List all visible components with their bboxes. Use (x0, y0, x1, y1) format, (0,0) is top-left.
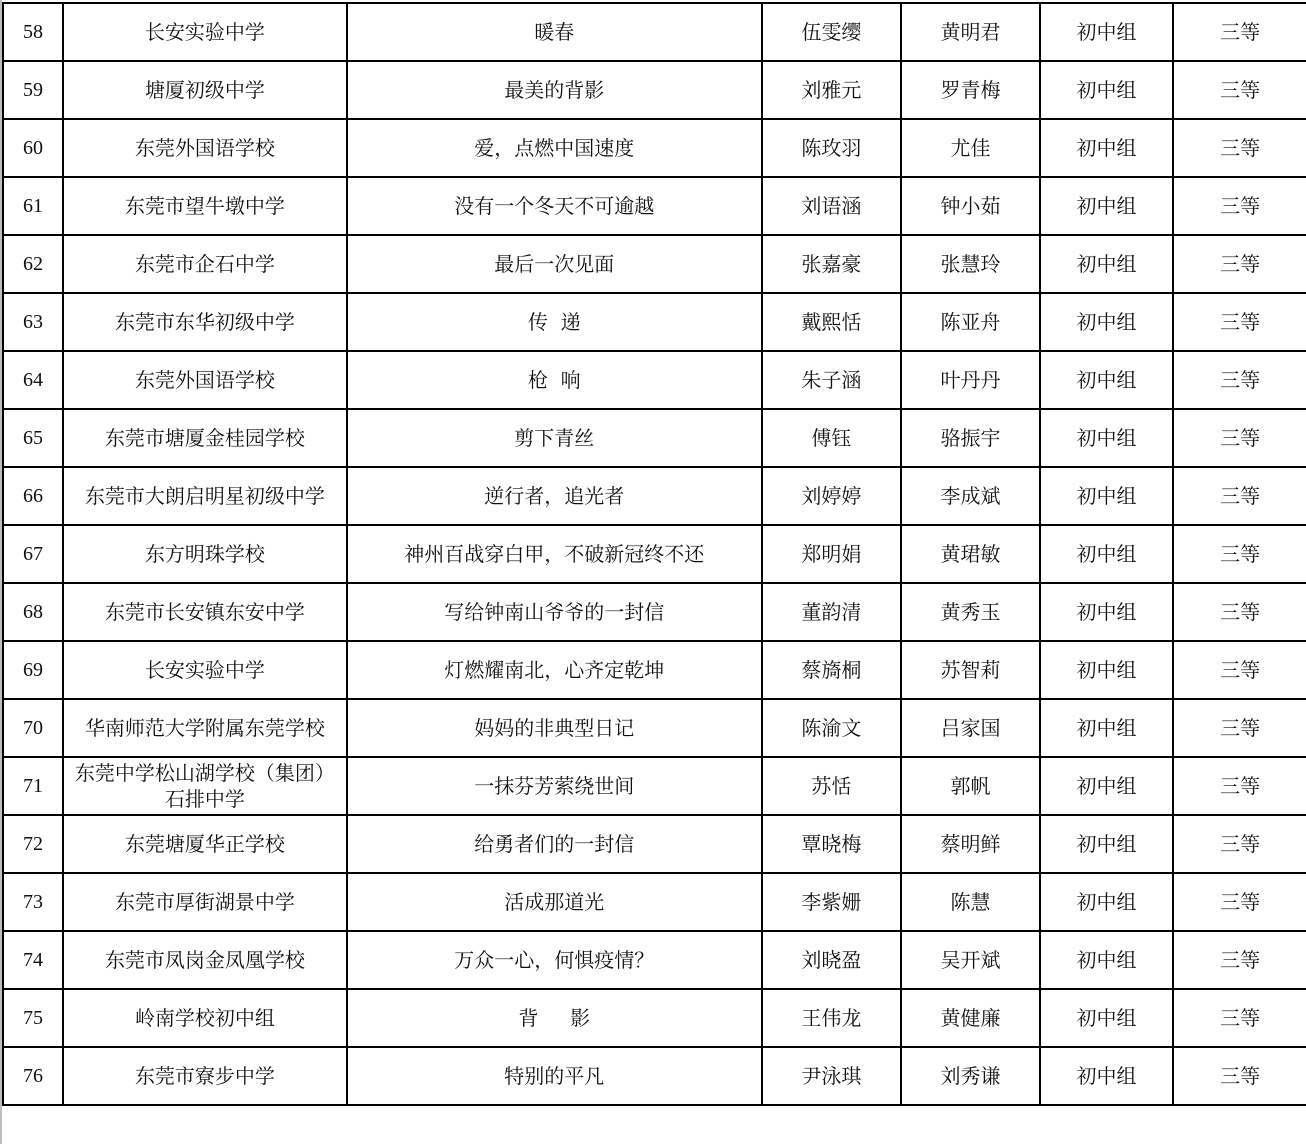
row-number: 76 (3, 1047, 63, 1105)
award-level: 三等 (1173, 989, 1306, 1047)
work-title: 传 递 (347, 293, 762, 351)
work-title: 写给钟南山爷爷的一封信 (347, 583, 762, 641)
school-name: 东莞外国语学校 (63, 119, 347, 177)
student-name: 王伟龙 (762, 989, 902, 1047)
work-title: 灯燃耀南北，心齐定乾坤 (347, 641, 762, 699)
school-name: 塘厦初级中学 (63, 61, 347, 119)
table-row: 70 华南师范大学附属东莞学校 妈妈的非典型日记 陈渝文 吕家国 初中组 三等 (3, 699, 1306, 757)
student-name: 刘婷婷 (762, 467, 902, 525)
table-row: 61 东莞市望牛墩中学 没有一个冬天不可逾越 刘语涵 钟小茹 初中组 三等 (3, 177, 1306, 235)
table-body: 58 长安实验中学 暖春 伍雯缨 黄明君 初中组 三等 59 塘厦初级中学 最美… (3, 3, 1306, 1105)
work-title: 一抹芬芳萦绕世间 (347, 757, 762, 815)
work-title: 神州百战穿白甲，不破新冠终不还 (347, 525, 762, 583)
row-number: 60 (3, 119, 63, 177)
row-number: 62 (3, 235, 63, 293)
work-title: 最美的背影 (347, 61, 762, 119)
school-name: 东方明珠学校 (63, 525, 347, 583)
school-name: 东莞市大朗启明星初级中学 (63, 467, 347, 525)
group-name: 初中组 (1040, 641, 1174, 699)
student-name: 陈渝文 (762, 699, 902, 757)
work-title: 万众一心，何惧疫情？ (347, 931, 762, 989)
group-name: 初中组 (1040, 235, 1174, 293)
row-number: 64 (3, 351, 63, 409)
student-name: 郑明娟 (762, 525, 902, 583)
student-name: 李紫姗 (762, 873, 902, 931)
school-name: 东莞市长安镇东安中学 (63, 583, 347, 641)
award-list-table: 58 长安实验中学 暖春 伍雯缨 黄明君 初中组 三等 59 塘厦初级中学 最美… (2, 2, 1306, 1106)
teacher-name: 张慧玲 (901, 235, 1040, 293)
award-level: 三等 (1173, 641, 1306, 699)
student-name: 刘语涵 (762, 177, 902, 235)
award-level: 三等 (1173, 293, 1306, 351)
teacher-name: 尤佳 (901, 119, 1040, 177)
award-level: 三等 (1173, 467, 1306, 525)
award-level: 三等 (1173, 177, 1306, 235)
school-name: 东莞外国语学校 (63, 351, 347, 409)
group-name: 初中组 (1040, 177, 1174, 235)
teacher-name: 钟小茹 (901, 177, 1040, 235)
group-name: 初中组 (1040, 873, 1174, 931)
row-number: 71 (3, 757, 63, 815)
work-title: 妈妈的非典型日记 (347, 699, 762, 757)
school-name: 东莞市望牛墩中学 (63, 177, 347, 235)
student-name: 张嘉豪 (762, 235, 902, 293)
work-title: 剪下青丝 (347, 409, 762, 467)
group-name: 初中组 (1040, 61, 1174, 119)
row-number: 63 (3, 293, 63, 351)
table-row: 73 东莞市厚街湖景中学 活成那道光 李紫姗 陈慧 初中组 三等 (3, 873, 1306, 931)
teacher-name: 黄珺敏 (901, 525, 1040, 583)
school-name: 东莞市厚街湖景中学 (63, 873, 347, 931)
award-level: 三等 (1173, 873, 1306, 931)
work-title: 暖春 (347, 3, 762, 61)
teacher-name: 吴开斌 (901, 931, 1040, 989)
table-row: 75 岭南学校初中组 背 影 王伟龙 黄健廉 初中组 三等 (3, 989, 1306, 1047)
row-number: 72 (3, 815, 63, 873)
student-name: 覃晓梅 (762, 815, 902, 873)
work-title: 活成那道光 (347, 873, 762, 931)
teacher-name: 苏智莉 (901, 641, 1040, 699)
table-row: 58 长安实验中学 暖春 伍雯缨 黄明君 初中组 三等 (3, 3, 1306, 61)
award-level: 三等 (1173, 409, 1306, 467)
student-name: 刘雅元 (762, 61, 902, 119)
school-name: 东莞市凤岗金凤凰学校 (63, 931, 347, 989)
row-number: 74 (3, 931, 63, 989)
work-title: 爱，点燃中国速度 (347, 119, 762, 177)
row-number: 68 (3, 583, 63, 641)
teacher-name: 黄秀玉 (901, 583, 1040, 641)
student-name: 蔡旖桐 (762, 641, 902, 699)
table-row: 76 东莞市寮步中学 特别的平凡 尹泳琪 刘秀谦 初中组 三等 (3, 1047, 1306, 1105)
work-title: 逆行者，追光者 (347, 467, 762, 525)
award-level: 三等 (1173, 119, 1306, 177)
table-row: 71 东莞中学松山湖学校（集团）石排中学 一抹芬芳萦绕世间 苏恬 郭帆 初中组 … (3, 757, 1306, 815)
student-name: 陈玫羽 (762, 119, 902, 177)
table-row: 67 东方明珠学校 神州百战穿白甲，不破新冠终不还 郑明娟 黄珺敏 初中组 三等 (3, 525, 1306, 583)
work-title: 特别的平凡 (347, 1047, 762, 1105)
teacher-name: 郭帆 (901, 757, 1040, 815)
group-name: 初中组 (1040, 3, 1174, 61)
group-name: 初中组 (1040, 989, 1174, 1047)
teacher-name: 叶丹丹 (901, 351, 1040, 409)
student-name: 尹泳琪 (762, 1047, 902, 1105)
group-name: 初中组 (1040, 351, 1174, 409)
work-title: 给勇者们的一封信 (347, 815, 762, 873)
row-number: 59 (3, 61, 63, 119)
group-name: 初中组 (1040, 409, 1174, 467)
group-name: 初中组 (1040, 467, 1174, 525)
teacher-name: 罗青梅 (901, 61, 1040, 119)
student-name: 刘晓盈 (762, 931, 902, 989)
work-title: 枪 响 (347, 351, 762, 409)
group-name: 初中组 (1040, 931, 1174, 989)
student-name: 朱子涵 (762, 351, 902, 409)
row-number: 58 (3, 3, 63, 61)
school-name: 东莞市寮步中学 (63, 1047, 347, 1105)
school-name: 东莞塘厦华正学校 (63, 815, 347, 873)
student-name: 董韵清 (762, 583, 902, 641)
table-row: 62 东莞市企石中学 最后一次见面 张嘉豪 张慧玲 初中组 三等 (3, 235, 1306, 293)
row-number: 69 (3, 641, 63, 699)
school-name: 岭南学校初中组 (63, 989, 347, 1047)
award-level: 三等 (1173, 1047, 1306, 1105)
student-name: 傅钰 (762, 409, 902, 467)
work-title: 背 影 (347, 989, 762, 1047)
teacher-name: 蔡明鲜 (901, 815, 1040, 873)
teacher-name: 陈亚舟 (901, 293, 1040, 351)
row-number: 75 (3, 989, 63, 1047)
school-name: 东莞市企石中学 (63, 235, 347, 293)
award-level: 三等 (1173, 757, 1306, 815)
teacher-name: 李成斌 (901, 467, 1040, 525)
teacher-name: 吕家国 (901, 699, 1040, 757)
student-name: 伍雯缨 (762, 3, 902, 61)
work-title: 没有一个冬天不可逾越 (347, 177, 762, 235)
row-number: 70 (3, 699, 63, 757)
teacher-name: 黄明君 (901, 3, 1040, 61)
school-name: 华南师范大学附属东莞学校 (63, 699, 347, 757)
teacher-name: 骆振宇 (901, 409, 1040, 467)
table-row: 65 东莞市塘厦金桂园学校 剪下青丝 傅钰 骆振宇 初中组 三等 (3, 409, 1306, 467)
school-name: 长安实验中学 (63, 641, 347, 699)
table-row: 68 东莞市长安镇东安中学 写给钟南山爷爷的一封信 董韵清 黄秀玉 初中组 三等 (3, 583, 1306, 641)
group-name: 初中组 (1040, 525, 1174, 583)
table-row: 59 塘厦初级中学 最美的背影 刘雅元 罗青梅 初中组 三等 (3, 61, 1306, 119)
student-name: 戴熙恬 (762, 293, 902, 351)
table-row: 74 东莞市凤岗金凤凰学校 万众一心，何惧疫情？ 刘晓盈 吴开斌 初中组 三等 (3, 931, 1306, 989)
school-name: 东莞市东华初级中学 (63, 293, 347, 351)
group-name: 初中组 (1040, 1047, 1174, 1105)
school-name: 东莞中学松山湖学校（集团）石排中学 (63, 757, 347, 815)
award-level: 三等 (1173, 235, 1306, 293)
award-level: 三等 (1173, 815, 1306, 873)
row-number: 67 (3, 525, 63, 583)
table-row: 66 东莞市大朗启明星初级中学 逆行者，追光者 刘婷婷 李成斌 初中组 三等 (3, 467, 1306, 525)
table-row: 63 东莞市东华初级中学 传 递 戴熙恬 陈亚舟 初中组 三等 (3, 293, 1306, 351)
group-name: 初中组 (1040, 757, 1174, 815)
work-title: 最后一次见面 (347, 235, 762, 293)
group-name: 初中组 (1040, 815, 1174, 873)
student-name: 苏恬 (762, 757, 902, 815)
school-name: 长安实验中学 (63, 3, 347, 61)
table-row: 69 长安实验中学 灯燃耀南北，心齐定乾坤 蔡旖桐 苏智莉 初中组 三等 (3, 641, 1306, 699)
group-name: 初中组 (1040, 293, 1174, 351)
row-number: 65 (3, 409, 63, 467)
award-level: 三等 (1173, 525, 1306, 583)
table-row: 72 东莞塘厦华正学校 给勇者们的一封信 覃晓梅 蔡明鲜 初中组 三等 (3, 815, 1306, 873)
teacher-name: 刘秀谦 (901, 1047, 1040, 1105)
school-name: 东莞市塘厦金桂园学校 (63, 409, 347, 467)
award-level: 三等 (1173, 351, 1306, 409)
row-number: 61 (3, 177, 63, 235)
award-level: 三等 (1173, 583, 1306, 641)
group-name: 初中组 (1040, 699, 1174, 757)
teacher-name: 陈慧 (901, 873, 1040, 931)
group-name: 初中组 (1040, 583, 1174, 641)
award-level: 三等 (1173, 699, 1306, 757)
table-row: 60 东莞外国语学校 爱，点燃中国速度 陈玫羽 尤佳 初中组 三等 (3, 119, 1306, 177)
row-number: 66 (3, 467, 63, 525)
group-name: 初中组 (1040, 119, 1174, 177)
row-number: 73 (3, 873, 63, 931)
award-level: 三等 (1173, 61, 1306, 119)
award-level: 三等 (1173, 931, 1306, 989)
table-row: 64 东莞外国语学校 枪 响 朱子涵 叶丹丹 初中组 三等 (3, 351, 1306, 409)
teacher-name: 黄健廉 (901, 989, 1040, 1047)
award-level: 三等 (1173, 3, 1306, 61)
